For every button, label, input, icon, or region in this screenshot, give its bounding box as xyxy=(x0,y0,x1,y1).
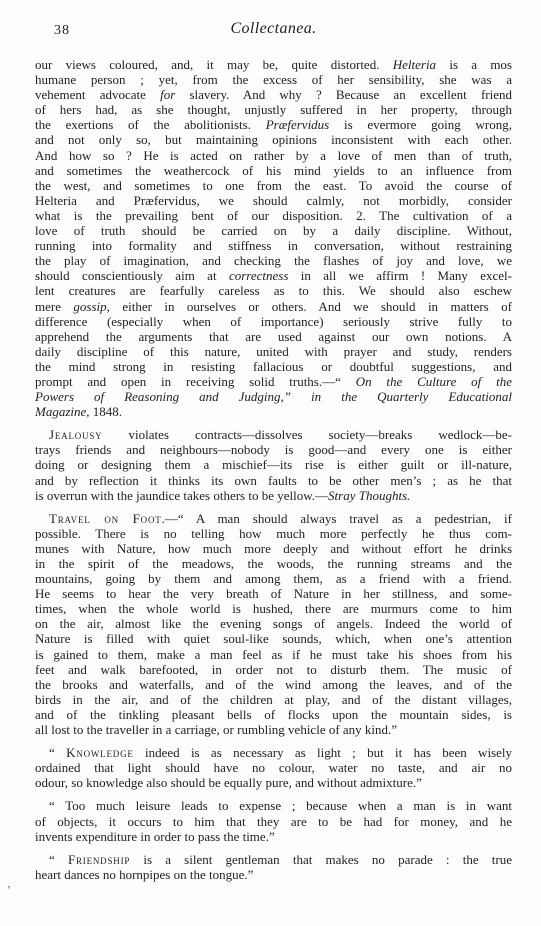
page-header: 38 Collectanea. xyxy=(35,20,512,42)
text-run: difference (especially when of importanc… xyxy=(35,314,512,329)
text-run: is gained to them, make a man feel as if… xyxy=(35,647,512,662)
text-line: and by reflection it thinks its own faul… xyxy=(35,473,512,488)
text-run: is evermore going wrong, xyxy=(329,117,512,132)
text-line: humane person ; yet, from the excess of … xyxy=(35,72,512,87)
text-line: is gained to them, make a man feel as if… xyxy=(35,647,512,662)
running-title: Collectanea. xyxy=(35,20,512,38)
text-run: the play of imagination, and checking th… xyxy=(35,253,512,268)
text-run: odour, so knowledge also should be equal… xyxy=(35,775,422,790)
text-run: munes with Nature, how much more deeply … xyxy=(35,541,512,556)
lead-word: Knowledge xyxy=(66,745,134,760)
italic-run: correctness xyxy=(229,268,288,283)
text-run: and by reflection it thinks its own faul… xyxy=(35,473,512,488)
italic-run: On the Culture of the xyxy=(356,374,512,389)
text-line: Travel on Foot.—“ A man should always tr… xyxy=(35,511,512,526)
text-line: He seems to hear the very breath of Natu… xyxy=(35,586,512,601)
lead-word: Friendship xyxy=(68,852,130,867)
text-run: trays friends and neighbours—nobody is g… xyxy=(35,442,512,457)
text-run: 1848. xyxy=(90,404,123,419)
text-line: vehement advocate for slavery. And why ?… xyxy=(35,87,512,102)
page-number: 38 xyxy=(54,23,70,39)
text-line: mountains, going by them and among them,… xyxy=(35,571,512,586)
text-run: feet and walk barefooted, in order not t… xyxy=(35,662,512,677)
text-line: on the air, almost like the evening song… xyxy=(35,616,512,631)
text-run: “ xyxy=(49,852,68,867)
text-line: the exertions of the abolitionists. Præf… xyxy=(35,117,512,132)
text-run: is a mos xyxy=(436,57,512,72)
text-run: .—“ A man should always travel as a pede… xyxy=(162,511,512,526)
italic-run: Stray Thoughts. xyxy=(328,488,410,503)
italic-run: Magazine, xyxy=(35,404,90,419)
text-line: in the spirit of the meadows, the woods,… xyxy=(35,556,512,571)
text-line: trays friends and neighbours—nobody is g… xyxy=(35,442,512,457)
text-run: slavery. And why ? Because an excellent … xyxy=(175,87,512,102)
text-run: is a silent gentleman that makes no para… xyxy=(130,852,512,867)
text-run: and sometimes the weathercock of his min… xyxy=(35,163,512,178)
italic-run: Helteria xyxy=(393,57,436,72)
text-line: heart dances no hornpipes on the tongue.… xyxy=(35,867,512,882)
text-run: And how so ? He is acted on rather by a … xyxy=(35,148,512,163)
text-line: lent creatures are fearfully careless as… xyxy=(35,283,512,298)
text-run: love of truth should be carried on by a … xyxy=(35,223,512,238)
text-run: “ xyxy=(49,745,66,760)
page-body: our views coloured, and, it may be, quit… xyxy=(35,57,512,882)
text-run: He seems to hear the very breath of Natu… xyxy=(35,586,512,601)
text-line: is overrun with the jaundice takes other… xyxy=(35,488,512,503)
text-line: Helteria and Præfervidus, we should calm… xyxy=(35,193,512,208)
text-run: birds in the air, and of the children at… xyxy=(35,692,512,707)
italic-run: Præfervidus xyxy=(266,117,330,132)
text-run: violates contracts—dissolves society—bre… xyxy=(102,427,512,442)
text-line: running into formality and stiffness in … xyxy=(35,238,512,253)
text-run: all lost to the traveller in a carriage,… xyxy=(35,722,397,737)
text-run: heart dances no hornpipes on the tongue.… xyxy=(35,867,253,882)
text-line: doing or designing them a mischief—its r… xyxy=(35,457,512,472)
text-run: “ Too much leisure leads to expense ; be… xyxy=(49,798,512,813)
text-run: times, when the whole world is hushed, t… xyxy=(35,601,512,616)
text-line: invents expenditure in order to pass the… xyxy=(35,829,512,844)
text-run: mere xyxy=(35,299,73,314)
text-line: and of the tinkling pleasant bells of fl… xyxy=(35,707,512,722)
text-line: love of truth should be carried on by a … xyxy=(35,223,512,238)
text-run: in the spirit of the meadows, the woods,… xyxy=(35,556,512,571)
text-run: the mind strong in resisting fallacious … xyxy=(35,359,512,374)
text-run: the brooks and waterfalls, and of the wi… xyxy=(35,677,512,692)
paragraph-travel-on-foot: Travel on Foot.—“ A man should always tr… xyxy=(35,511,512,737)
lead-word: Jealousy xyxy=(49,427,102,442)
text-run: is overrun with the jaundice takes other… xyxy=(35,488,328,503)
text-line: Powers of Reasoning and Judging,” in the… xyxy=(35,389,512,404)
text-line: prompt and open in receiving solid truth… xyxy=(35,374,512,389)
text-line: birds in the air, and of the children at… xyxy=(35,692,512,707)
text-line: feet and walk barefooted, in order not t… xyxy=(35,662,512,677)
book-page-scan: 38 Collectanea. our views coloured, and,… xyxy=(0,0,541,926)
paragraph-friendship: “ Friendship is a silent gentleman that … xyxy=(35,852,512,882)
text-run: ordained that light should have no colou… xyxy=(35,760,512,775)
text-run: , either in ourselves or others. And we … xyxy=(107,299,512,314)
text-line: should conscientiously aim at correctnes… xyxy=(35,268,512,283)
text-run: lent creatures are fearfully careless as… xyxy=(35,283,512,298)
text-line: Jealousy violates contracts—dissolves so… xyxy=(35,427,512,442)
paragraph-knowledge: “ Knowledge indeed is as necessary as li… xyxy=(35,745,512,790)
text-line: the mind strong in resisting fallacious … xyxy=(35,359,512,374)
text-run: doing or designing them a mischief—its r… xyxy=(35,457,512,472)
text-run: in all we affirm ! Many excel- xyxy=(288,268,512,283)
text-line: what is the prevailing bent of our dispo… xyxy=(35,208,512,223)
ink-speck: ’ xyxy=(7,884,11,896)
text-line: of objects, it occurs to him that they a… xyxy=(35,814,512,829)
text-line: “ Too much leisure leads to expense ; be… xyxy=(35,798,512,813)
text-run: of hers had, as she thought, unjustly su… xyxy=(35,102,512,117)
text-run: Nature is filled with quiet soul-like so… xyxy=(35,631,512,646)
text-line: and sometimes the weathercock of his min… xyxy=(35,163,512,178)
text-run: mountains, going by them and among them,… xyxy=(35,571,512,586)
text-line: and not only so, but maintaining opinion… xyxy=(35,132,512,147)
text-line: odour, so knowledge also should be equal… xyxy=(35,775,512,790)
text-line: munes with Nature, how much more deeply … xyxy=(35,541,512,556)
text-run: running into formality and stiffness in … xyxy=(35,238,512,253)
text-line: daily discipline of this nature, united … xyxy=(35,344,512,359)
italic-run: Powers of Reasoning and Judging,” in the… xyxy=(35,389,512,404)
text-line: Nature is filled with quiet soul-like so… xyxy=(35,631,512,646)
paragraph-culture-of-reasoning: our views coloured, and, it may be, quit… xyxy=(35,57,512,419)
text-line: our views coloured, and, it may be, quit… xyxy=(35,57,512,72)
text-line: all lost to the traveller in a carriage,… xyxy=(35,722,512,737)
text-run: invents expenditure in order to pass the… xyxy=(35,829,275,844)
italic-run: for xyxy=(160,87,175,102)
text-run: daily discipline of this nature, united … xyxy=(35,344,512,359)
text-run: should conscientiously aim at xyxy=(35,268,229,283)
text-run: the west, and sometimes to one from the … xyxy=(35,178,512,193)
text-line: times, when the whole world is hushed, t… xyxy=(35,601,512,616)
text-run: possible. There is no telling how much m… xyxy=(35,526,512,541)
text-line: And how so ? He is acted on rather by a … xyxy=(35,148,512,163)
text-run: and not only so, but maintaining opinion… xyxy=(35,132,512,147)
text-line: of hers had, as she thought, unjustly su… xyxy=(35,102,512,117)
text-line: possible. There is no telling how much m… xyxy=(35,526,512,541)
text-run: what is the prevailing bent of our dispo… xyxy=(35,208,512,223)
text-line: difference (especially when of importanc… xyxy=(35,314,512,329)
text-line: the west, and sometimes to one from the … xyxy=(35,178,512,193)
text-run: vehement advocate xyxy=(35,87,160,102)
paragraph-jealousy: Jealousy violates contracts—dissolves so… xyxy=(35,427,512,502)
text-line: apprehend the arguments that are used ag… xyxy=(35,329,512,344)
text-line: the brooks and waterfalls, and of the wi… xyxy=(35,677,512,692)
text-run: on the air, almost like the evening song… xyxy=(35,616,512,631)
text-run: humane person ; yet, from the excess of … xyxy=(35,72,512,87)
text-line: ordained that light should have no colou… xyxy=(35,760,512,775)
text-line: “ Knowledge indeed is as necessary as li… xyxy=(35,745,512,760)
text-run: Helteria and Præfervidus, we should calm… xyxy=(35,193,512,208)
text-line: “ Friendship is a silent gentleman that … xyxy=(35,852,512,867)
italic-run: gossip xyxy=(73,299,106,314)
text-run: of objects, it occurs to him that they a… xyxy=(35,814,512,829)
text-line: mere gossip, either in ourselves or othe… xyxy=(35,299,512,314)
paragraph-leisure: “ Too much leisure leads to expense ; be… xyxy=(35,798,512,843)
text-run: prompt and open in receiving solid truth… xyxy=(35,374,356,389)
lead-word: Travel on Foot xyxy=(49,511,162,526)
text-run: indeed is as necessary as light ; but it… xyxy=(134,745,512,760)
text-line: the play of imagination, and checking th… xyxy=(35,253,512,268)
text-run: and of the tinkling pleasant bells of fl… xyxy=(35,707,512,722)
text-line: Magazine, 1848. xyxy=(35,404,512,419)
text-run: our views coloured, and, it may be, quit… xyxy=(35,57,393,72)
text-run: apprehend the arguments that are used ag… xyxy=(35,329,512,344)
text-run: the exertions of the abolitionists. xyxy=(35,117,266,132)
